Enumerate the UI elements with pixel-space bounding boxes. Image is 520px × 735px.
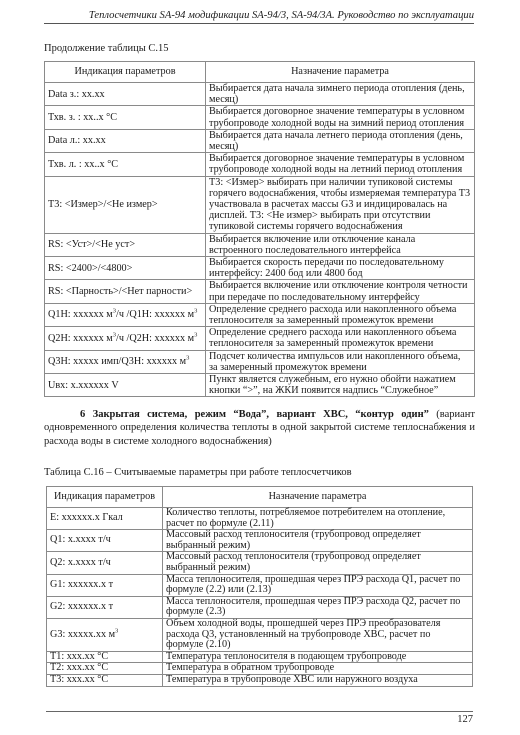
table-c16-caption: Таблица С.16 – Считываемые параметры при… xyxy=(44,467,352,478)
table-c15-caption: Продолжение таблицы С.15 xyxy=(44,43,169,54)
section-6-heading: 6 Закрытая система, режим “Вода”, вариан… xyxy=(44,409,429,420)
superscript: 3 xyxy=(115,627,118,634)
parameter-purpose-cell: Массовый расход теплоносителя (трубопров… xyxy=(163,530,473,552)
document-header-title: Теплосчетчики SA-94 модификации SA-94/3,… xyxy=(44,10,474,24)
table-row: G3: ххххх.хх м3Объем холодной воды, прош… xyxy=(47,618,473,651)
parameter-purpose-cell: Выбирается дата начала летнего периода о… xyxy=(206,129,475,152)
section-6-paragraph: 6 Закрытая система, режим “Вода”, вариан… xyxy=(44,408,475,448)
parameter-indication-cell: Т3: ххх.хх °С xyxy=(47,674,163,686)
table-row: Т3: ххх.хх °СТемпература в трубопроводе … xyxy=(47,674,473,686)
column-header-purpose: Назначение параметра xyxy=(163,487,473,508)
parameter-indication-cell: Q2H: хххххх м3/ч /Q2H: хххххх м3 xyxy=(45,327,206,350)
table-row: Uвх: х.хххххх VПункт является служебным,… xyxy=(45,374,475,397)
table-row: Т2: ххх.хх °СТемпература в обратном труб… xyxy=(47,663,473,675)
table-row: Q3H: ххххх имп/Q3H: хххххх м3Подсчет кол… xyxy=(45,350,475,373)
parameter-text: Q1H: хххххх м xyxy=(48,309,113,320)
parameter-indication-cell: Е: хххххх.х Гкал xyxy=(47,508,163,530)
table-row: RS: <Парность>/<Нет парности>Выбирается … xyxy=(45,280,475,303)
table-row: Тхв. з. : хх..х °СВыбирается договорное … xyxy=(45,106,475,129)
parameter-indication-cell: Uвх: х.хххххх V xyxy=(45,374,206,397)
parameter-purpose-cell: Температура теплоносителя в подающем тру… xyxy=(163,651,473,663)
column-header-purpose: Назначение параметра xyxy=(206,62,475,83)
parameter-purpose-cell: Подсчет количества импульсов или накопле… xyxy=(206,350,475,373)
parameter-purpose-cell: Выбирается договорное значение температу… xyxy=(206,106,475,129)
superscript: 3 xyxy=(194,331,197,338)
table-header-row: Индикация параметров Назначение параметр… xyxy=(45,62,475,83)
superscript: 3 xyxy=(186,355,189,362)
parameter-indication-cell: Data з.: хх.хх xyxy=(45,83,206,106)
table-header-row: Индикация параметров Назначение параметр… xyxy=(47,487,473,508)
table-row: Е: хххххх.х ГкалКоличество теплоты, потр… xyxy=(47,508,473,530)
parameter-indication-cell: RS: <Парность>/<Нет парности> xyxy=(45,280,206,303)
parameter-text: /ч /Q2H: хххххх м xyxy=(116,333,194,344)
footer-divider xyxy=(46,711,473,712)
parameter-indication-cell: RS: <2400>/<4800> xyxy=(45,257,206,280)
parameter-indication-cell: Т3: <Измер>/<Не измер> xyxy=(45,176,206,233)
parameter-text: /ч /Q1H: хххххх м xyxy=(116,309,194,320)
table-row: Тхв. л. : хх..х °СВыбирается договорное … xyxy=(45,153,475,176)
table-row: RS: <2400>/<4800>Выбирается скорость пер… xyxy=(45,257,475,280)
table-row: Data л.: хх.ххВыбирается дата начала лет… xyxy=(45,129,475,152)
parameter-indication-cell: Т2: ххх.хх °С xyxy=(47,663,163,675)
parameter-indication-cell: Data л.: хх.хх xyxy=(45,129,206,152)
parameter-purpose-cell: Выбирается скорость передачи по последов… xyxy=(206,257,475,280)
parameter-indication-cell: Q1H: хххххх м3/ч /Q1H: хххххх м3 xyxy=(45,303,206,326)
parameter-indication-cell: G2: хххххх.х т xyxy=(47,596,163,618)
parameter-indication-cell: Q1: х.хххх т/ч xyxy=(47,530,163,552)
parameter-purpose-cell: Масса теплоносителя, прошедшая через ПРЭ… xyxy=(163,574,473,596)
table-c16: Индикация параметров Назначение параметр… xyxy=(46,486,473,687)
parameter-purpose-cell: Пункт является служебным, его нужно обой… xyxy=(206,374,475,397)
table-c15: Индикация параметров Назначение параметр… xyxy=(44,61,475,397)
parameter-indication-cell: Q2: х.хххх т/ч xyxy=(47,552,163,574)
parameter-purpose-cell: Объем холодной воды, прошедшей через ПРЭ… xyxy=(163,618,473,651)
parameter-text: Q3H: ххххх имп/Q3H: хххххх м xyxy=(48,356,186,367)
table-row: Т1: ххх.хх °СТемпература теплоносителя в… xyxy=(47,651,473,663)
parameter-purpose-cell: Выбирается включение или отключение конт… xyxy=(206,280,475,303)
parameter-text: Q2H: хххххх м xyxy=(48,333,113,344)
parameter-purpose-cell: Температура в обратном трубопроводе xyxy=(163,663,473,675)
parameter-purpose-cell: Т3: <Измер> выбирать при наличии тупиков… xyxy=(206,176,475,233)
parameter-purpose-cell: Температура в трубопроводе ХВС или наруж… xyxy=(163,674,473,686)
parameter-indication-cell: G1: хххххх.х т xyxy=(47,574,163,596)
column-header-indication: Индикация параметров xyxy=(45,62,206,83)
parameter-purpose-cell: Выбирается включение или отключение кана… xyxy=(206,233,475,256)
parameter-indication-cell: Тхв. з. : хх..х °С xyxy=(45,106,206,129)
table-row: G1: хххххх.х тМасса теплоносителя, проше… xyxy=(47,574,473,596)
table-row: G2: хххххх.х тМасса теплоносителя, проше… xyxy=(47,596,473,618)
table-row: Q2: х.хххх т/чМассовый расход теплоносит… xyxy=(47,552,473,574)
parameter-indication-cell: Тхв. л. : хх..х °С xyxy=(45,153,206,176)
column-header-indication: Индикация параметров xyxy=(47,487,163,508)
parameter-indication-cell: RS: <Уст>/<Не уст> xyxy=(45,233,206,256)
table-row: Data з.: хх.ххВыбирается дата начала зим… xyxy=(45,83,475,106)
parameter-purpose-cell: Количество теплоты, потребляемое потреби… xyxy=(163,508,473,530)
page-number: 127 xyxy=(457,714,473,725)
parameter-purpose-cell: Определение среднего расхода или накопле… xyxy=(206,303,475,326)
parameter-text: G3: ххххх.хх м xyxy=(50,629,115,640)
parameter-purpose-cell: Определение среднего расхода или накопле… xyxy=(206,327,475,350)
parameter-purpose-cell: Масса теплоносителя, прошедшая через ПРЭ… xyxy=(163,596,473,618)
table-row: Q2H: хххххх м3/ч /Q2H: хххххх м3Определе… xyxy=(45,327,475,350)
parameter-indication-cell: Q3H: ххххх имп/Q3H: хххххх м3 xyxy=(45,350,206,373)
parameter-purpose-cell: Массовый расход теплоносителя (трубопров… xyxy=(163,552,473,574)
table-row: RS: <Уст>/<Не уст>Выбирается включение и… xyxy=(45,233,475,256)
table-row: Т3: <Измер>/<Не измер>Т3: <Измер> выбира… xyxy=(45,176,475,233)
superscript: 3 xyxy=(194,308,197,315)
table-row: Q1H: хххххх м3/ч /Q1H: хххххх м3Определе… xyxy=(45,303,475,326)
parameter-purpose-cell: Выбирается дата начала зимнего периода о… xyxy=(206,83,475,106)
parameter-indication-cell: Т1: ххх.хх °С xyxy=(47,651,163,663)
table-row: Q1: х.хххх т/чМассовый расход теплоносит… xyxy=(47,530,473,552)
parameter-indication-cell: G3: ххххх.хх м3 xyxy=(47,618,163,651)
parameter-purpose-cell: Выбирается договорное значение температу… xyxy=(206,153,475,176)
